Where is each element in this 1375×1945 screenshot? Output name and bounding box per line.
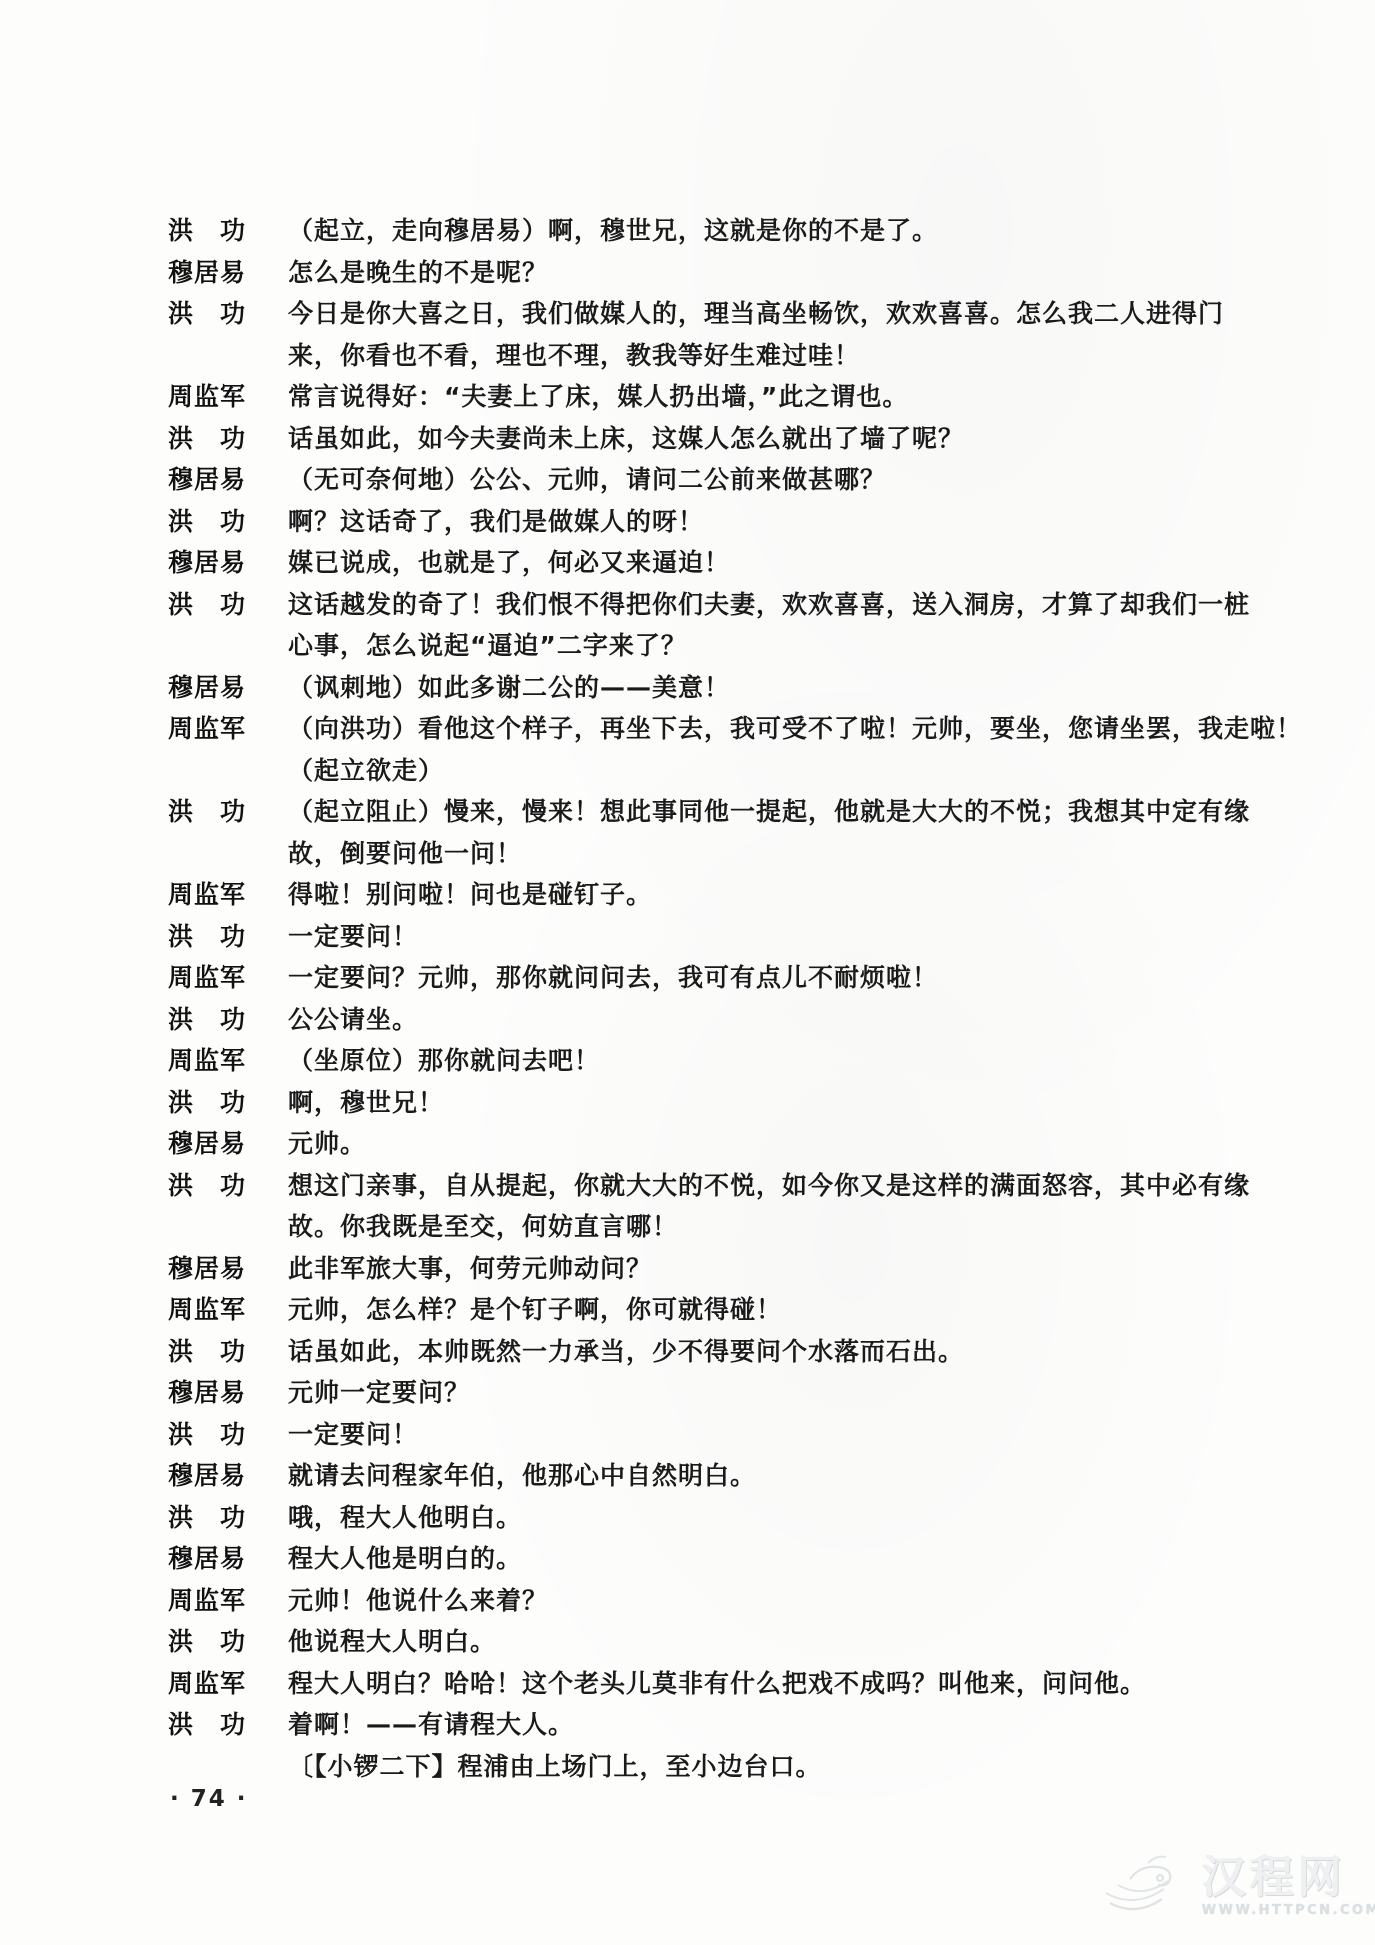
dialogue-line: （起立，走向穆居易）啊，穆世兄，这就是你的不是了。 (288, 210, 938, 252)
dialogue-entry: 穆居易怎么是晚生的不是呢？ (168, 252, 1302, 294)
dialogue-text: 元帅，怎么样？是个钉子啊，你可就得碰！ (288, 1289, 782, 1331)
dialogue-entry: 洪 功着啊！——有请程大人。 (168, 1704, 1302, 1746)
dialogue-text: （坐原位）那你就问去吧！ (288, 1040, 600, 1082)
dialogue-line: 得啦！别问啦！问也是碰钉子。 (288, 874, 652, 916)
speaker-name: 周监军 (168, 1580, 248, 1622)
dialogue-text: 元帅一定要问？ (288, 1372, 470, 1414)
dialogue-entry: 洪 功话虽如此，本帅既然一力承当，少不得要问个水落而石出。 (168, 1331, 1302, 1373)
dialogue-entry: 周监军得啦！别问啦！问也是碰钉子。 (168, 874, 1302, 916)
dialogue-line: 元帅，怎么样？是个钉子啊，你可就得碰！ (288, 1289, 782, 1331)
speaker-name: 穆居易 (168, 459, 248, 501)
speaker-name: 洪 功 (168, 210, 248, 252)
dialogue-line: 他说程大人明白。 (288, 1621, 496, 1663)
dialogue-line: （无可奈何地）公公、元帅，请问二公前来做甚哪？ (288, 459, 886, 501)
dialogue-text: 公公请坐。 (288, 999, 418, 1041)
dialogue-entry: 周监军（坐原位）那你就问去吧！ (168, 1040, 1302, 1082)
speaker-name: 洪 功 (168, 999, 248, 1041)
dialogue-line: 故，倒要问他一问！ (288, 833, 1250, 875)
dialogue-line: 怎么是晚生的不是呢？ (288, 252, 548, 294)
dialogue-line: 话虽如此，本帅既然一力承当，少不得要问个水落而石出。 (288, 1331, 964, 1373)
dialogue-entry: 洪 功啊，穆世兄！ (168, 1082, 1302, 1124)
dialogue-line: （起立欲走） (288, 750, 1302, 792)
speaker-name: 穆居易 (168, 252, 248, 294)
speaker-name: 周监军 (168, 957, 248, 999)
dialogue-entry: 穆居易此非军旅大事，何劳元帅动问？ (168, 1248, 1302, 1290)
speaker-name: 周监军 (168, 376, 248, 418)
dialogue-entry: 穆居易元帅一定要问？ (168, 1372, 1302, 1414)
speaker-name: 周监军 (168, 708, 248, 750)
speaker-name: 洪 功 (168, 584, 248, 626)
dialogue-entry: 洪 功一定要问！ (168, 916, 1302, 958)
dialogue-line: 常言说得好：“夫妻上了床，媒人扔出墙，”此之谓也。 (288, 376, 908, 418)
dialogue-entry: 周监军元帅！他说什么来着？ (168, 1580, 1302, 1622)
dialogue-line: 故。你我既是至交，何妨直言哪！ (288, 1206, 1250, 1248)
speaker-name: 周监军 (168, 1040, 248, 1082)
dialogue-text: 一定要问！ (288, 916, 418, 958)
speaker-name: 穆居易 (168, 542, 248, 584)
dialogue-line: 啊？这话奇了，我们是做媒人的呀！ (288, 501, 704, 543)
stage-direction: 〔【小锣二下】程浦由上场门上，至小边台口。 (168, 1746, 1302, 1788)
dialogue-text: 得啦！别问啦！问也是碰钉子。 (288, 874, 652, 916)
dialogue-text: （起立，走向穆居易）啊，穆世兄，这就是你的不是了。 (288, 210, 938, 252)
dialogue-entry: 穆居易就请去问程家年伯，他那心中自然明白。 (168, 1455, 1302, 1497)
dialogue-line: 哦，程大人他明白。 (288, 1497, 522, 1539)
dialogue-entry: 穆居易（讽刺地）如此多谢二公的——美意！ (168, 667, 1302, 709)
dialogue-entry: 周监军程大人明白？哈哈！这个老头儿莫非有什么把戏不成吗？叫他来，问问他。 (168, 1663, 1302, 1705)
dialogue-line: 想这门亲事，自从提起，你就大大的不悦，如今你又是这样的满面怒容，其中必有缘 (288, 1165, 1250, 1207)
dialogue-list: 洪 功（起立，走向穆居易）啊，穆世兄，这就是你的不是了。穆居易怎么是晚生的不是呢… (168, 210, 1302, 1787)
dialogue-text: 哦，程大人他明白。 (288, 1497, 522, 1539)
watermark: 汉程网 WWW.HTTPCN.COM (1096, 1841, 1375, 1931)
speaker-name: 洪 功 (168, 1414, 248, 1456)
dialogue-entry: 周监军常言说得好：“夫妻上了床，媒人扔出墙，”此之谓也。 (168, 376, 1302, 418)
dialogue-text: 元帅！他说什么来着？ (288, 1580, 548, 1622)
speaker-name: 穆居易 (168, 667, 248, 709)
dialogue-text: 〔【小锣二下】程浦由上场门上，至小边台口。 (288, 1746, 822, 1788)
dialogue-entry: 穆居易媒已说成，也就是了，何必又来逼迫！ (168, 542, 1302, 584)
dialogue-entry: 洪 功这话越发的奇了！我们恨不得把你们夫妻，欢欢喜喜，送入洞房，才算了却我们一桩… (168, 584, 1302, 667)
speaker-name: 洪 功 (168, 1704, 248, 1746)
dialogue-text: 一定要问！ (288, 1414, 418, 1456)
scanned-script-page: 洪 功（起立，走向穆居易）啊，穆世兄，这就是你的不是了。穆居易怎么是晚生的不是呢… (0, 0, 1375, 1945)
speaker-name: 洪 功 (168, 1497, 248, 1539)
dialogue-text: （起立阻止）慢来，慢来！想此事同他一提起，他就是大大的不悦；我想其中定有缘故，倒… (288, 791, 1250, 874)
dialogue-entry: 洪 功他说程大人明白。 (168, 1621, 1302, 1663)
speaker-name: 穆居易 (168, 1248, 248, 1290)
dialogue-text: 这话越发的奇了！我们恨不得把你们夫妻，欢欢喜喜，送入洞房，才算了却我们一桩心事，… (288, 584, 1250, 667)
dialogue-line: 心事，怎么说起“逼迫”二字来了？ (288, 625, 1250, 667)
dialogue-text: 程大人他是明白的。 (288, 1538, 522, 1580)
dialogue-entry: 洪 功今日是你大喜之日，我们做媒人的，理当高坐畅饮，欢欢喜喜。怎么我二人进得门来… (168, 293, 1302, 376)
dialogue-line: （起立阻止）慢来，慢来！想此事同他一提起，他就是大大的不悦；我想其中定有缘 (288, 791, 1250, 833)
dialogue-text: 此非军旅大事，何劳元帅动问？ (288, 1248, 652, 1290)
page-number: · 74 · (170, 1786, 248, 1812)
dialogue-entry: 洪 功（起立，走向穆居易）啊，穆世兄，这就是你的不是了。 (168, 210, 1302, 252)
dialogue-entry: 周监军一定要问？元帅，那你就问问去，我可有点儿不耐烦啦！ (168, 957, 1302, 999)
dialogue-entry: 洪 功想这门亲事，自从提起，你就大大的不悦，如今你又是这样的满面怒容，其中必有缘… (168, 1165, 1302, 1248)
dialogue-line: 这话越发的奇了！我们恨不得把你们夫妻，欢欢喜喜，送入洞房，才算了却我们一桩 (288, 584, 1250, 626)
dialogue-line: 程大人明白？哈哈！这个老头儿莫非有什么把戏不成吗？叫他来，问问他。 (288, 1663, 1146, 1705)
dialogue-entry: 周监军（向洪功）看他这个样子，再坐下去，我可受不了啦！元帅，要坐，您请坐罢，我走… (168, 708, 1302, 791)
dialogue-entry: 洪 功一定要问！ (168, 1414, 1302, 1456)
dialogue-entry: 洪 功哦，程大人他明白。 (168, 1497, 1302, 1539)
speaker-name: 洪 功 (168, 916, 248, 958)
dialogue-text: 啊？这话奇了，我们是做媒人的呀！ (288, 501, 704, 543)
speaker-name: 洪 功 (168, 418, 248, 460)
dialogue-entry: 洪 功啊？这话奇了，我们是做媒人的呀！ (168, 501, 1302, 543)
dialogue-line: （讽刺地）如此多谢二公的——美意！ (288, 667, 730, 709)
dialogue-line: （向洪功）看他这个样子，再坐下去，我可受不了啦！元帅，要坐，您请坐罢，我走啦！ (288, 708, 1302, 750)
dialogue-entry: 洪 功公公请坐。 (168, 999, 1302, 1041)
dialogue-line: 媒已说成，也就是了，何必又来逼迫！ (288, 542, 730, 584)
dialogue-line: 一定要问！ (288, 916, 418, 958)
dialogue-line: 程大人他是明白的。 (288, 1538, 522, 1580)
dialogue-entry: 穆居易（无可奈何地）公公、元帅，请问二公前来做甚哪？ (168, 459, 1302, 501)
dialogue-line: 今日是你大喜之日，我们做媒人的，理当高坐畅饮，欢欢喜喜。怎么我二人进得门 (288, 293, 1224, 335)
dialogue-line: 元帅。 (288, 1123, 366, 1165)
dialogue-text: 今日是你大喜之日，我们做媒人的，理当高坐畅饮，欢欢喜喜。怎么我二人进得门来，你看… (288, 293, 1224, 376)
dialogue-text: 话虽如此，如今夫妻尚未上床，这媒人怎么就出了墙了呢？ (288, 418, 964, 460)
dialogue-entry: 洪 功话虽如此，如今夫妻尚未上床，这媒人怎么就出了墙了呢？ (168, 418, 1302, 460)
dialogue-line: 元帅！他说什么来着？ (288, 1580, 548, 1622)
dialogue-line: 一定要问？元帅，那你就问问去，我可有点儿不耐烦啦！ (288, 957, 938, 999)
dialogue-entry: 洪 功（起立阻止）慢来，慢来！想此事同他一提起，他就是大大的不悦；我想其中定有缘… (168, 791, 1302, 874)
dialogue-text: 常言说得好：“夫妻上了床，媒人扔出墙，”此之谓也。 (288, 376, 908, 418)
speaker-name: 洪 功 (168, 791, 248, 833)
dialogue-line: 此非军旅大事，何劳元帅动问？ (288, 1248, 652, 1290)
speaker-name: 洪 功 (168, 1082, 248, 1124)
speaker-name: 穆居易 (168, 1455, 248, 1497)
dialogue-text: 怎么是晚生的不是呢？ (288, 252, 548, 294)
speaker-name: 穆居易 (168, 1372, 248, 1414)
dialogue-line: 就请去问程家年伯，他那心中自然明白。 (288, 1455, 756, 1497)
watermark-site-name: 汉程网 (1202, 1855, 1346, 1901)
dialogue-line: 话虽如此，如今夫妻尚未上床，这媒人怎么就出了墙了呢？ (288, 418, 964, 460)
dialogue-entry: 穆居易元帅。 (168, 1123, 1302, 1165)
dialogue-text: 想这门亲事，自从提起，你就大大的不悦，如今你又是这样的满面怒容，其中必有缘故。你… (288, 1165, 1250, 1248)
dialogue-text: 他说程大人明白。 (288, 1621, 496, 1663)
watermark-site-url: WWW.HTTPCN.COM (1202, 1903, 1375, 1918)
dialogue-line: 着啊！——有请程大人。 (288, 1704, 574, 1746)
dialogue-line: 一定要问！ (288, 1414, 418, 1456)
dialogue-entry: 穆居易程大人他是明白的。 (168, 1538, 1302, 1580)
dialogue-line: 元帅一定要问？ (288, 1372, 470, 1414)
speaker-name: 周监军 (168, 1289, 248, 1331)
dialogue-entry: 周监军元帅，怎么样？是个钉子啊，你可就得碰！ (168, 1289, 1302, 1331)
dialogue-text: 啊，穆世兄！ (288, 1082, 444, 1124)
dialogue-line: 来，你看也不看，理也不理，教我等好生难过哇！ (288, 335, 1224, 377)
speaker-name: 穆居易 (168, 1123, 248, 1165)
dialogue-text: 就请去问程家年伯，他那心中自然明白。 (288, 1455, 756, 1497)
httpcn-logo-icon (1096, 1841, 1196, 1931)
speaker-name: 洪 功 (168, 293, 248, 335)
dialogue-text: 一定要问？元帅，那你就问问去，我可有点儿不耐烦啦！ (288, 957, 938, 999)
dialogue-line: 啊，穆世兄！ (288, 1082, 444, 1124)
speaker-name: 周监军 (168, 1663, 248, 1705)
dialogue-text: 话虽如此，本帅既然一力承当，少不得要问个水落而石出。 (288, 1331, 964, 1373)
dialogue-text: （讽刺地）如此多谢二公的——美意！ (288, 667, 730, 709)
speaker-name: 洪 功 (168, 501, 248, 543)
dialogue-text: 元帅。 (288, 1123, 366, 1165)
dialogue-text: 程大人明白？哈哈！这个老头儿莫非有什么把戏不成吗？叫他来，问问他。 (288, 1663, 1146, 1705)
speaker-name: 洪 功 (168, 1165, 248, 1207)
dialogue-text: （向洪功）看他这个样子，再坐下去，我可受不了啦！元帅，要坐，您请坐罢，我走啦！（… (288, 708, 1302, 791)
speaker-name: 周监军 (168, 874, 248, 916)
dialogue-line: 公公请坐。 (288, 999, 418, 1041)
dialogue-line: 〔【小锣二下】程浦由上场门上，至小边台口。 (288, 1746, 822, 1788)
dialogue-line: （坐原位）那你就问去吧！ (288, 1040, 600, 1082)
dialogue-text: 着啊！——有请程大人。 (288, 1704, 574, 1746)
speaker-name: 洪 功 (168, 1621, 248, 1663)
dialogue-text: （无可奈何地）公公、元帅，请问二公前来做甚哪？ (288, 459, 886, 501)
speaker-name: 洪 功 (168, 1331, 248, 1373)
dialogue-text: 媒已说成，也就是了，何必又来逼迫！ (288, 542, 730, 584)
speaker-name: 穆居易 (168, 1538, 248, 1580)
